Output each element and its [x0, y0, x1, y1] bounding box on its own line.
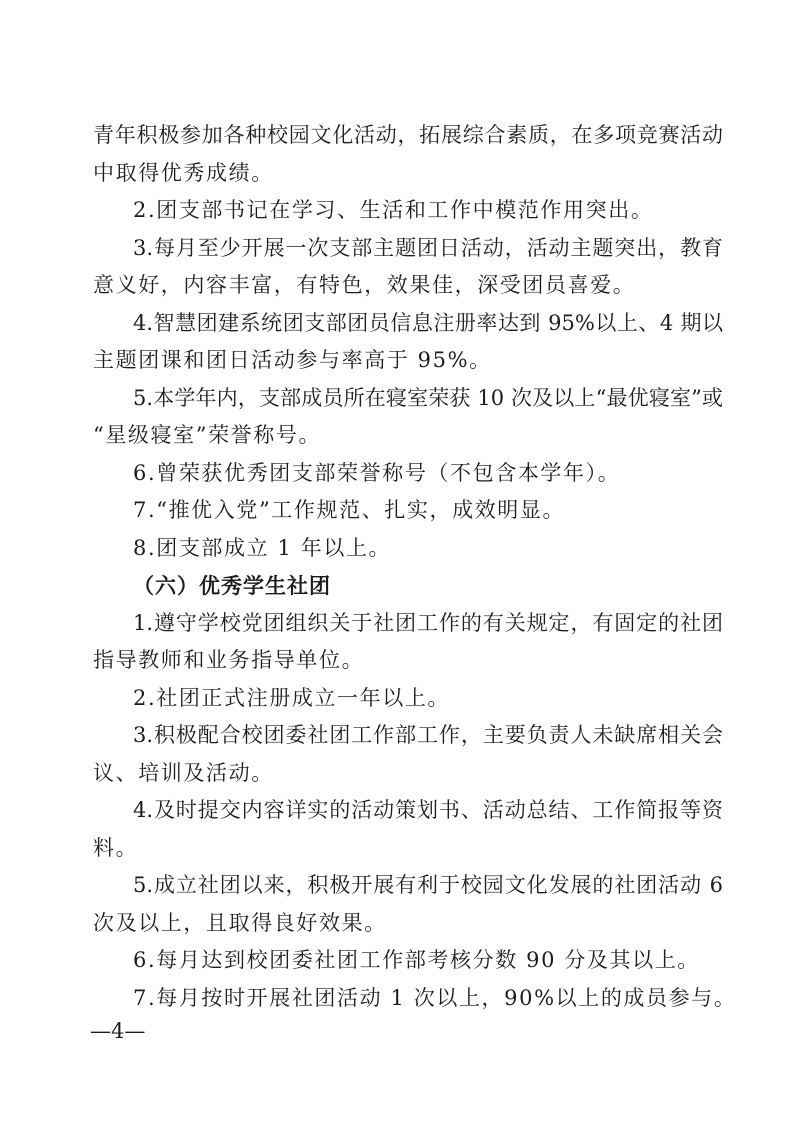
text-line: 3.积极配合校团委社团工作部工作，主要负责人未缺席相关会 — [93, 717, 723, 755]
text-line: 2.团支部书记在学习、生活和工作中模范作用突出。 — [93, 192, 723, 230]
text-line: 1.遵守学校党团组织关于社团工作的有关规定，有固定的社团 — [93, 605, 723, 643]
text-line: 5.成立社团以来，积极开展有利于校园文化发展的社团活动 6 — [93, 867, 723, 905]
text-line: “星级寝室”荣誉称号。 — [93, 417, 723, 455]
text-line: 中取得优秀成绩。 — [93, 155, 723, 193]
document-body: 青年积极参加各种校园文化活动，拓展综合素质，在多项竞赛活动中取得优秀成绩。2.团… — [93, 117, 723, 1017]
text-line: 5.本学年内，支部成员所在寝室荣获 10 次及以上“最优寝室”或 — [93, 380, 723, 418]
text-line: 2.社团正式注册成立一年以上。 — [93, 680, 723, 718]
text-line: 6.每月达到校团委社团工作部考核分数 90 分及其以上。 — [93, 942, 723, 980]
text-line: 8.团支部成立 1 年以上。 — [93, 530, 723, 568]
text-line: 次及以上，且取得良好效果。 — [93, 905, 723, 943]
text-line: 料。 — [93, 830, 723, 868]
text-line: 3.每月至少开展一次支部主题团日活动，活动主题突出，教育 — [93, 230, 723, 268]
text-line: 4.智慧团建系统团支部团员信息注册率达到 95%以上、4 期以上 — [93, 305, 723, 343]
text-line: 7.每月按时开展社团活动 1 次以上，90%以上的成员参与。 — [93, 980, 723, 1018]
page-number: —4— — [90, 1016, 145, 1046]
text-line: 4.及时提交内容详实的活动策划书、活动总结、工作简报等资 — [93, 792, 723, 830]
text-line: 指导教师和业务指导单位。 — [93, 642, 723, 680]
text-line: 主题团课和团日活动参与率高于 95%。 — [93, 342, 723, 380]
document-page: 青年积极参加各种校园文化活动，拓展综合素质，在多项竞赛活动中取得优秀成绩。2.团… — [0, 0, 794, 1122]
text-line: 7.“推优入党”工作规范、扎实，成效明显。 — [93, 492, 723, 530]
text-line: 6.曾荣获优秀团支部荣誉称号（不包含本学年）。 — [93, 455, 723, 493]
text-line: 意义好，内容丰富，有特色，效果佳，深受团员喜爱。 — [93, 267, 723, 305]
text-line: 青年积极参加各种校园文化活动，拓展综合素质，在多项竞赛活动 — [93, 117, 723, 155]
text-line: 议、培训及活动。 — [93, 755, 723, 793]
section-heading: （六）优秀学生社团 — [93, 567, 723, 605]
